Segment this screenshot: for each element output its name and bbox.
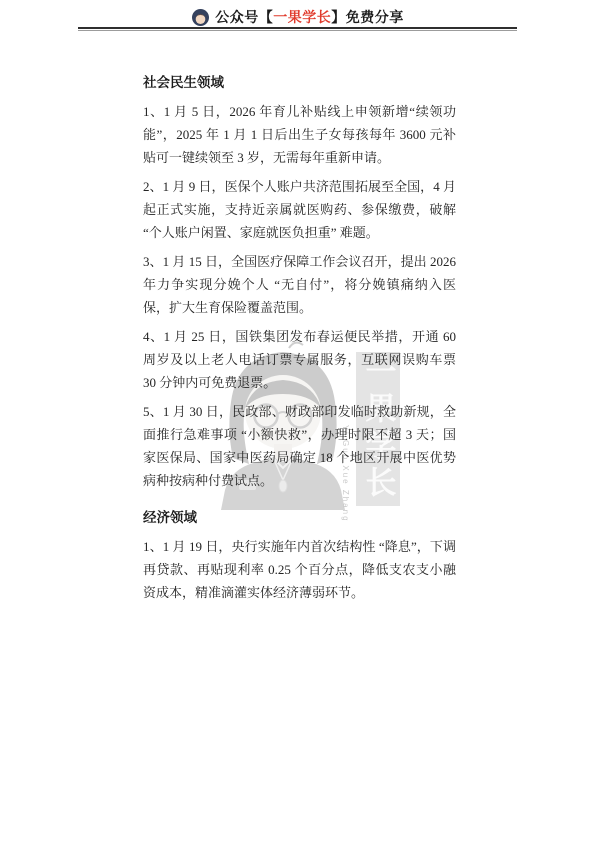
section-economy: 经济领域 1、1 月 19 日，央行实施年内首次结构性 “降息”，下调再贷款、再… — [143, 506, 456, 604]
header-brand: 一果学长 — [273, 9, 331, 25]
section-economy-heading: 经济领域 — [143, 506, 456, 529]
header-prefix: 公众号【 — [215, 9, 273, 25]
news-item-1: 1、1 月 5 日，2026 年育儿补贴线上申领新增“续领功能”，2025 年 … — [143, 100, 456, 169]
news-item-economy-1: 1、1 月 19 日，央行实施年内首次结构性 “降息”，下调再贷款、再贴现利率 … — [143, 535, 456, 604]
section-society-heading: 社会民生领域 — [143, 71, 456, 94]
news-item-3: 3、1 月 15 日，全国医疗保障工作会议召开，提出 2026 年力争实现分娩个… — [143, 250, 456, 319]
news-item-5: 5、1 月 30 日，民政部、财政部印发临时救助新规，全面推行急难事项 “小额快… — [143, 400, 456, 492]
header-title: 公众号【一果学长】免费分享 — [215, 7, 404, 27]
header-divider — [78, 27, 517, 31]
news-item-2: 2、1 月 9 日，医保个人账户共济范围拓展至全国，4 月起正式实施，支持近亲属… — [143, 175, 456, 244]
news-item-4: 4、1 月 25 日，国铁集团发布春运便民举措，开通 60 周岁及以上老人电话订… — [143, 325, 456, 394]
document-body: 社会民生领域 1、1 月 5 日，2026 年育儿补贴线上申领新增“续领功能”，… — [143, 71, 456, 604]
page-header: 公众号【一果学长】免费分享 — [0, 7, 596, 27]
avatar-icon — [192, 9, 209, 26]
document-page: 公众号【一果学长】免费分享 — [0, 0, 596, 842]
section-society: 社会民生领域 1、1 月 5 日，2026 年育儿补贴线上申领新增“续领功能”，… — [143, 71, 456, 492]
header-suffix: 】免费分享 — [331, 9, 404, 25]
